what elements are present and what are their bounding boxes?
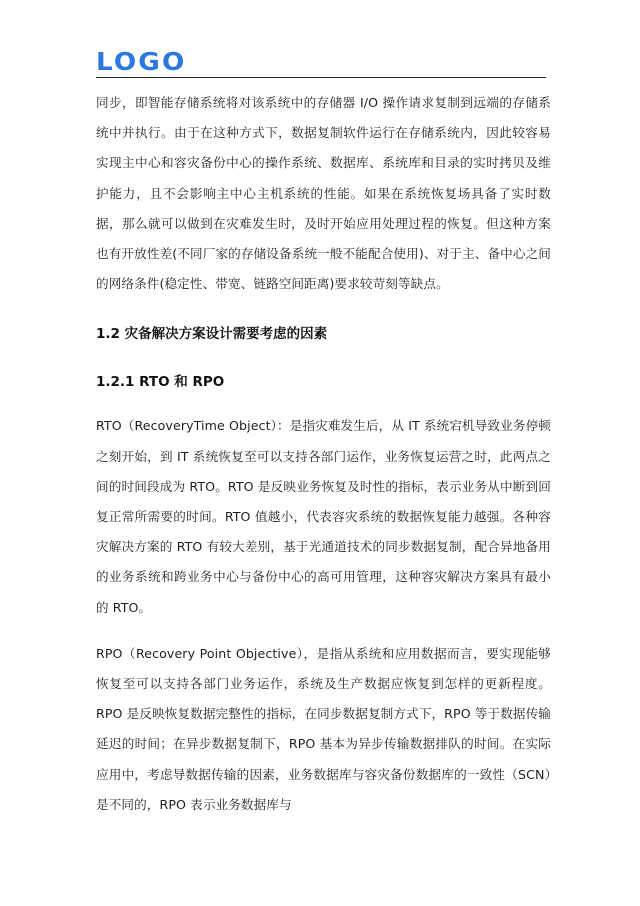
paragraph-rto: RTO（RecoveryTime Object）：是指灾难发生后，从 IT 系统… [96, 411, 551, 622]
logo: LOGO [96, 48, 569, 76]
section-heading-1-2: 1.2 灾备解决方案设计需要考虑的因素 [96, 323, 551, 345]
page-header: LOGO [96, 48, 546, 76]
header-divider [96, 77, 546, 78]
paragraph-storage-replication: 同步，即智能存储系统将对该系统中的存储器 I/O 操作请求复制到远端的存储系统中… [96, 88, 551, 299]
document-body: 同步，即智能存储系统将对该系统中的存储器 I/O 操作请求复制到远端的存储系统中… [96, 88, 551, 820]
paragraph-rpo: RPO（Recovery Point Objective），是指从系统和应用数据… [96, 639, 551, 820]
section-heading-1-2-1: 1.2.1 RTO 和 RPO [96, 371, 551, 393]
